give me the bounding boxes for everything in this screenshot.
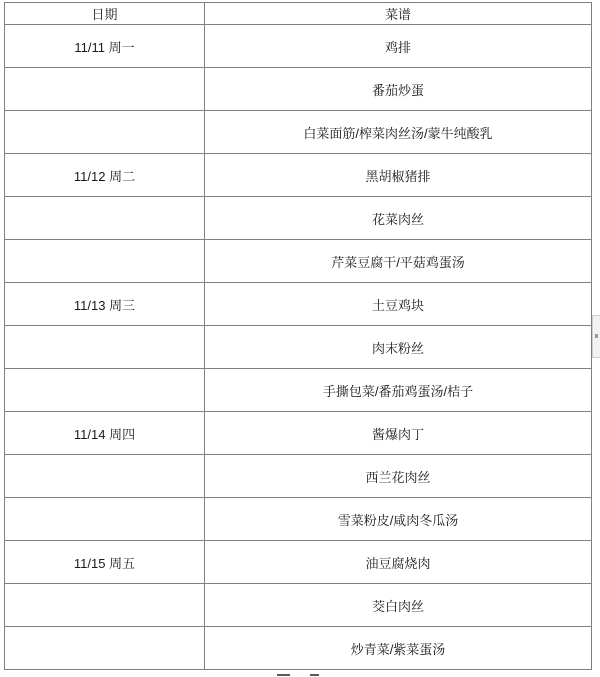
table-row: 芹菜豆腐干/平菇鸡蛋汤	[5, 240, 592, 283]
table-row: 肉末粉丝	[5, 326, 592, 369]
date-cell[interactable]	[5, 369, 205, 412]
date-cell[interactable]	[5, 455, 205, 498]
cutoff-next-row-glyph-mark	[277, 674, 290, 676]
table-row: 花菜肉丝	[5, 197, 592, 240]
document-page: 日期 菜谱 11/11 周一 鸡排 番茄炒蛋 白菜面筋/榨菜肉丝汤/蒙牛纯酸乳 …	[0, 0, 600, 677]
date-cell[interactable]: 11/15 周五	[5, 541, 205, 584]
table-row: 11/12 周二 黑胡椒猪排	[5, 154, 592, 197]
table-row: 11/11 周一 鸡排	[5, 25, 592, 68]
cutoff-next-row-glyph-mark	[310, 674, 319, 676]
table-row: 手撕包菜/番茄鸡蛋汤/桔子	[5, 369, 592, 412]
table-header-row: 日期 菜谱	[5, 3, 592, 25]
dish-cell[interactable]: 黑胡椒猪排	[205, 154, 592, 197]
dish-cell[interactable]: 炒青菜/紫菜蛋汤	[205, 627, 592, 670]
date-cell[interactable]	[5, 498, 205, 541]
dish-cell[interactable]: 酱爆肉丁	[205, 412, 592, 455]
date-cell[interactable]	[5, 240, 205, 283]
date-cell[interactable]	[5, 111, 205, 154]
table-row: 11/13 周三 土豆鸡块	[5, 283, 592, 326]
date-column-header[interactable]: 日期	[5, 3, 205, 25]
weekly-menu-table: 日期 菜谱 11/11 周一 鸡排 番茄炒蛋 白菜面筋/榨菜肉丝汤/蒙牛纯酸乳 …	[4, 2, 592, 670]
table-row: 11/14 周四 酱爆肉丁	[5, 412, 592, 455]
dish-cell[interactable]: 手撕包菜/番茄鸡蛋汤/桔子	[205, 369, 592, 412]
table-row: 雪菜粉皮/咸肉冬瓜汤	[5, 498, 592, 541]
date-cell[interactable]	[5, 627, 205, 670]
dish-cell[interactable]: 番茄炒蛋	[205, 68, 592, 111]
scrollbar-grip-icon	[595, 334, 598, 338]
table-row: 番茄炒蛋	[5, 68, 592, 111]
vertical-scrollbar-thumb[interactable]	[592, 315, 600, 358]
table-row: 11/15 周五 油豆腐烧肉	[5, 541, 592, 584]
dish-cell[interactable]: 西兰花肉丝	[205, 455, 592, 498]
table-row: 炒青菜/紫菜蛋汤	[5, 627, 592, 670]
dish-column-header[interactable]: 菜谱	[205, 3, 592, 25]
date-cell[interactable]: 11/12 周二	[5, 154, 205, 197]
table-row: 白菜面筋/榨菜肉丝汤/蒙牛纯酸乳	[5, 111, 592, 154]
date-cell[interactable]: 11/14 周四	[5, 412, 205, 455]
dish-cell[interactable]: 花菜肉丝	[205, 197, 592, 240]
dish-cell[interactable]: 雪菜粉皮/咸肉冬瓜汤	[205, 498, 592, 541]
table-row: 西兰花肉丝	[5, 455, 592, 498]
dish-cell[interactable]: 油豆腐烧肉	[205, 541, 592, 584]
dish-cell[interactable]: 土豆鸡块	[205, 283, 592, 326]
date-cell[interactable]	[5, 326, 205, 369]
date-cell[interactable]	[5, 197, 205, 240]
date-cell[interactable]: 11/13 周三	[5, 283, 205, 326]
dish-cell[interactable]: 白菜面筋/榨菜肉丝汤/蒙牛纯酸乳	[205, 111, 592, 154]
date-cell[interactable]	[5, 584, 205, 627]
dish-cell[interactable]: 茭白肉丝	[205, 584, 592, 627]
dish-cell[interactable]: 芹菜豆腐干/平菇鸡蛋汤	[205, 240, 592, 283]
dish-cell[interactable]: 鸡排	[205, 25, 592, 68]
table-row: 茭白肉丝	[5, 584, 592, 627]
dish-cell[interactable]: 肉末粉丝	[205, 326, 592, 369]
date-cell[interactable]	[5, 68, 205, 111]
date-cell[interactable]: 11/11 周一	[5, 25, 205, 68]
